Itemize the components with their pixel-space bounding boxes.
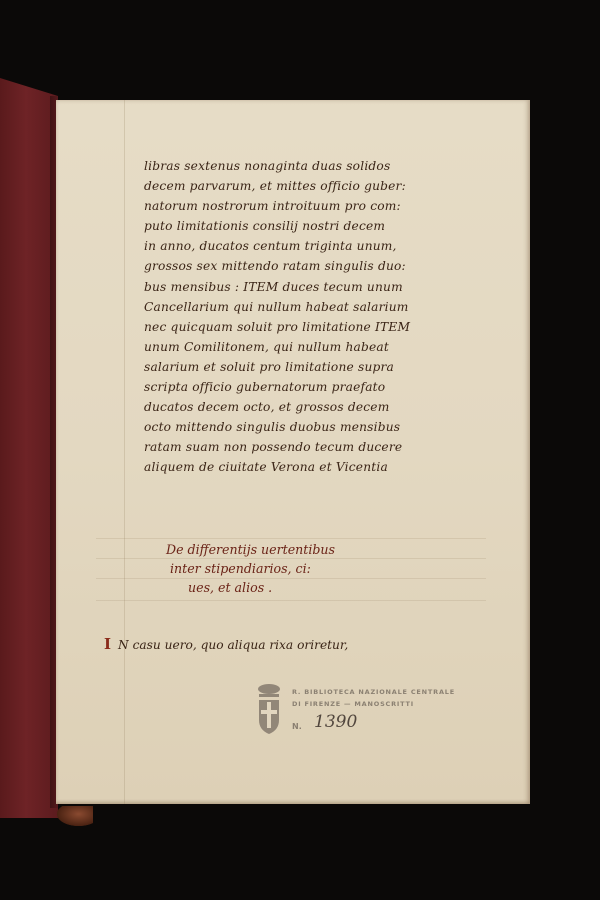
text-line: puto limitationis consilij nostri decem	[144, 216, 464, 236]
manuscript-page: libras sextenus nonaginta duas solidos d…	[56, 100, 530, 804]
text-line: in anno, ducatos centum triginta unum,	[144, 236, 464, 256]
rubric-line: De differentijs uertentibus	[166, 540, 426, 559]
text-line: octo mittendo singulis duobus mensibus	[144, 417, 464, 437]
text-line: salarium et soluit pro limitatione supra	[144, 357, 464, 377]
text-line: nec quicquam soluit pro limitatione ITEM	[144, 317, 464, 337]
text-line: decem parvarum, et mittes officio guber:	[144, 176, 464, 196]
text-line: natorum nostrorum introituum pro com:	[144, 196, 464, 216]
stamp-line-2: DI FIRENZE — MANOSCRITTI	[292, 700, 414, 708]
rubric-line: ues, et alios .	[188, 578, 426, 597]
ruling-line	[96, 538, 486, 539]
stamp-number-label: N.	[292, 722, 302, 731]
rubric-line: inter stipendiarios, ci:	[170, 559, 426, 578]
shelf-number: 1390	[314, 712, 357, 732]
text-line: ratam suam non possendo tecum ducere	[144, 437, 464, 457]
text-line: bus mensibus : ITEM duces tecum unum	[144, 277, 464, 297]
section-incipit: IN casu uero, quo aliqua rixa oriretur,	[104, 635, 348, 653]
ruling-line	[96, 600, 486, 601]
main-text-block: libras sextenus nonaginta duas solidos d…	[144, 156, 464, 478]
margin-ruling	[124, 100, 125, 804]
text-line: ducatos decem octo, et grossos decem	[144, 397, 464, 417]
text-line: grossos sex mittendo ratam singulis duo:	[144, 256, 464, 276]
text-line: aliquem de ciuitate Verona et Vicentia	[144, 457, 464, 477]
stamp-line-1: R. BIBLIOTECA NAZIONALE CENTRALE	[292, 688, 455, 696]
red-initial: I	[104, 635, 111, 653]
text-line: scripta officio gubernatorum praefato	[144, 377, 464, 397]
savoy-crest-icon	[256, 682, 282, 740]
bookmark-ribbon	[57, 806, 93, 826]
library-stamp: R. BIBLIOTECA NAZIONALE CENTRALE DI FIRE…	[256, 682, 456, 742]
section-rubric: De differentijs uertentibus inter stipen…	[166, 540, 426, 597]
text-line: libras sextenus nonaginta duas solidos	[144, 156, 464, 176]
incipit-text: N casu uero, quo aliqua rixa oriretur,	[118, 638, 348, 652]
text-line: Cancellarium qui nullum habeat salarium	[144, 297, 464, 317]
text-line: unum Comilitonem, qui nullum habeat	[144, 337, 464, 357]
